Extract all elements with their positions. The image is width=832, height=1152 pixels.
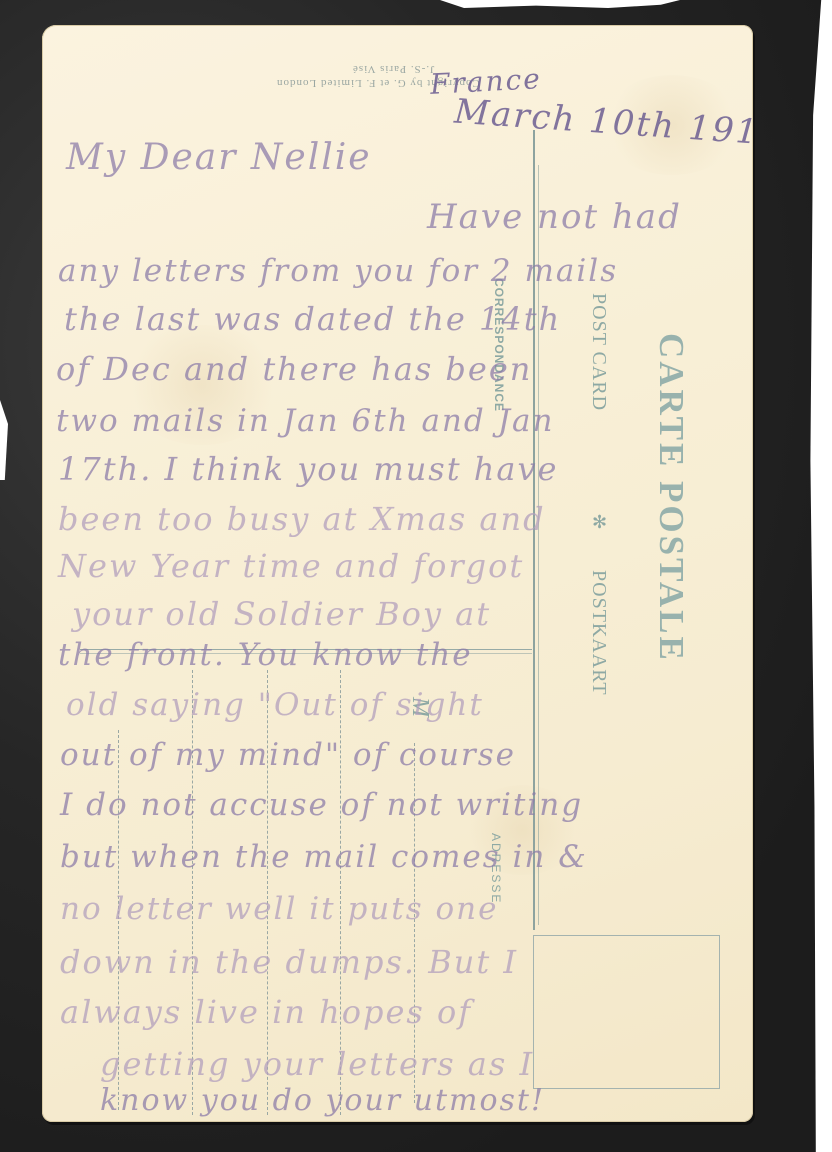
letter-line: the last was dated the 14th bbox=[64, 300, 561, 338]
post-card-label: POST CARD bbox=[587, 293, 610, 411]
letter-line: two mails in Jan 6th and Jan bbox=[56, 403, 554, 439]
letter-line: know you do your utmost! bbox=[100, 1083, 545, 1118]
postkaart-label: POSTKAART bbox=[587, 570, 610, 696]
letter-line: down in the dumps. But I bbox=[60, 943, 518, 981]
letter-line: any letters from you for 2 mails bbox=[58, 253, 618, 289]
letter-line: always live in hopes of bbox=[60, 993, 472, 1031]
letter-line: out of my mind" of course bbox=[60, 737, 516, 773]
letter-salutation: My Dear Nellie bbox=[66, 137, 372, 178]
postcard: Copyright by G. et F. Limited London J.-… bbox=[42, 25, 753, 1122]
letter-line: old saying "Out of sight bbox=[66, 687, 484, 723]
letter-line: getting your letters as I bbox=[100, 1045, 534, 1083]
letter-line: New Year time and forgot bbox=[58, 547, 524, 585]
publisher-line-visa: J.-S. Paris Visé bbox=[352, 63, 434, 75]
letter-line: Have not had bbox=[427, 197, 682, 237]
letter-line: been too busy at Xmas and bbox=[58, 500, 546, 538]
letter-line: your old Soldier Boy at bbox=[72, 595, 491, 633]
letter-line: I do not accuse of not writing bbox=[60, 787, 583, 823]
letter-line: but when the mail comes in & bbox=[60, 839, 588, 875]
correspondance-label: CORRESPONDANCE bbox=[492, 278, 506, 412]
stamp-box bbox=[533, 935, 720, 1089]
letter-line: no letter well it puts one bbox=[60, 891, 498, 927]
letter-line: 17th. I think you must have bbox=[58, 450, 558, 488]
asterisk-separator-icon: ✻ bbox=[592, 512, 607, 533]
letter-line: the front. You know the bbox=[58, 637, 473, 673]
carte-postale-title: CARTE POSTALE bbox=[651, 333, 691, 663]
letter-line: of Dec and there has been bbox=[56, 350, 532, 388]
